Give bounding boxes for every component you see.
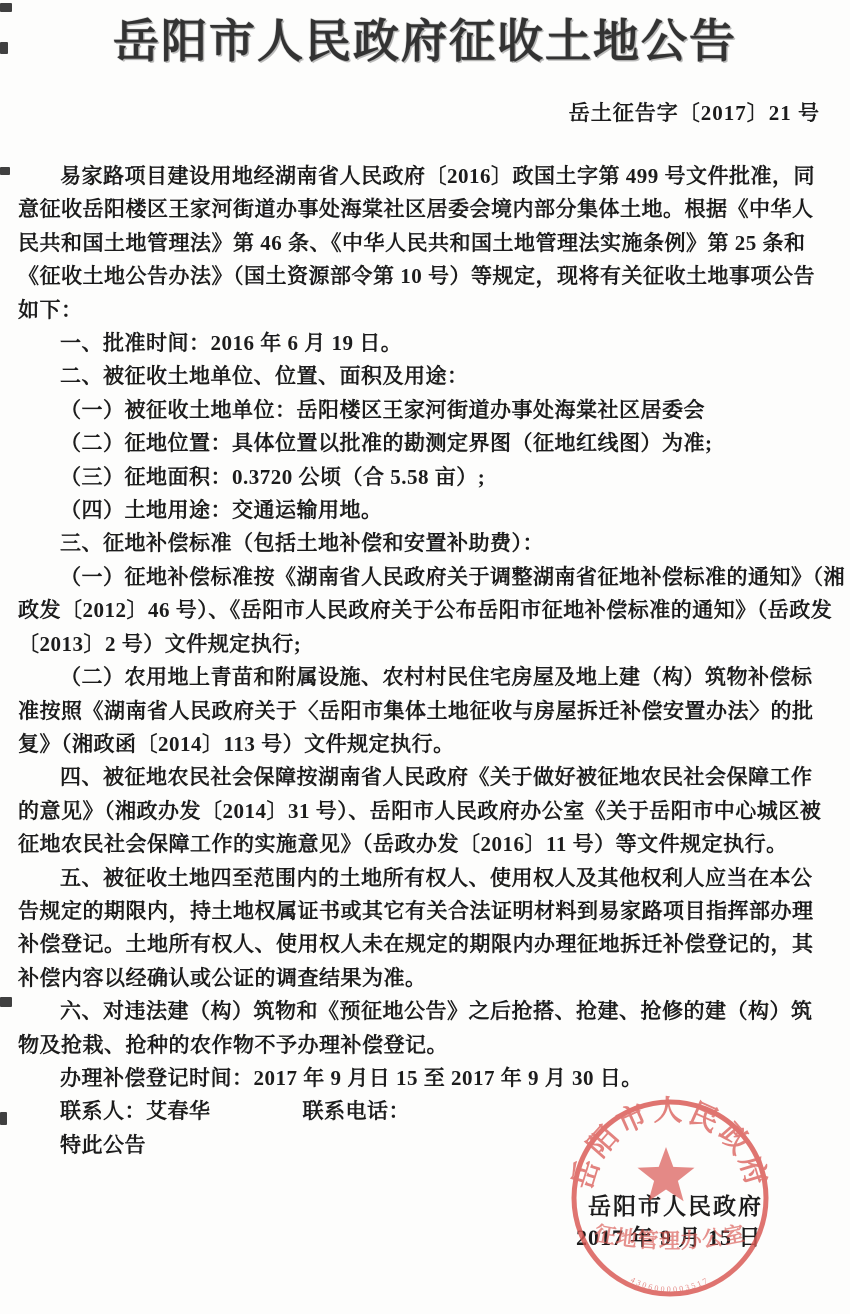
body-line: （四）土地用途：交通运输用地。	[18, 494, 836, 527]
document-body: 易家路项目建设用地经湖南省人民政府〔2016〕政国土字第 499 号文件批准，同…	[18, 160, 836, 1162]
body-line: 征地农民社会保障工作的实施意见》（岳政办发〔2016〕11 号）等文件规定执行。	[18, 828, 836, 861]
body-line: （一）征地补偿标准按《湖南省人民政府关于调整湖南省征地补偿标准的通知》（湘	[18, 561, 836, 594]
body-line: （二）征地位置：具体位置以批准的勘测定界图（征地红线图）为准;	[18, 427, 836, 460]
body-line: （一）被征收土地单位：岳阳楼区王家河街道办事处海棠社区居委会	[18, 394, 836, 427]
seal-star-icon	[638, 1147, 695, 1201]
body-line: 三、征地补偿标准（包括土地补偿和安置补助费）：	[18, 527, 836, 560]
body-line: 〔2013〕2 号）文件规定执行;	[18, 628, 836, 661]
seal-office-text: 征地管理办公室	[593, 1221, 748, 1253]
document-title: 岳阳市人民政府征收土地公告	[0, 5, 850, 71]
body-line: 《征收土地公告办法》（国土资源部令第 10 号）等规定，现将有关征收土地事项公告	[18, 260, 836, 293]
body-line: 二、被征收土地单位、位置、面积及用途：	[18, 360, 836, 393]
body-line: 六、对违法建（构）筑物和《预征地公告》之后抢搭、抢建、抢修的建（构）筑	[18, 995, 836, 1028]
body-line: 民共和国土地管理法》第 46 条、《中华人民共和国土地管理法实施条例》第 25 …	[18, 227, 836, 260]
body-line: 一、批准时间：2016 年 6 月 19 日。	[18, 327, 836, 360]
scan-artifact	[0, 997, 12, 1007]
contact-person: 联系人：艾春华	[60, 1099, 211, 1123]
body-line: 政发〔2012〕46 号）、《岳阳市人民政府关于公布岳阳市征地补偿标准的通知》（…	[18, 594, 836, 627]
body-line: 四、被征地农民社会保障按湖南省人民政府《关于做好被征地农民社会保障工作	[18, 761, 836, 794]
scan-artifact	[0, 1112, 7, 1125]
body-line: 补偿登记。土地所有权人、使用权人未在规定的期限内办理征地拆迁补偿登记的，其	[18, 928, 836, 961]
scan-artifact	[0, 3, 12, 12]
body-line: 补偿内容以经确认或公证的调查结果为准。	[18, 962, 836, 995]
body-line: 五、被征收土地四至范围内的土地所有权人、使用权人及其他权利人应当在本公	[18, 862, 836, 895]
svg-text:征地管理办公室: 征地管理办公室	[593, 1221, 748, 1253]
scan-artifact	[0, 42, 8, 54]
body-line: 如下：	[18, 294, 836, 327]
document-page: 岳阳市人民政府征收土地公告 岳土征告字〔2017〕21 号 易家路项目建设用地经…	[0, 0, 850, 1314]
body-line: 准按照《湖南省人民政府关于〈岳阳市集体土地征收与房屋拆迁补偿安置办法〉的批	[18, 695, 836, 728]
body-line: （二）农用地上青苗和附属设施、农村村民住宅房屋及地上建（构）筑物补偿标	[18, 661, 836, 694]
body-line: （三）征地面积：0.3720 公顷（合 5.58 亩）;	[18, 461, 836, 494]
contact-phone-label: 联系电话：	[303, 1099, 411, 1123]
body-line: 易家路项目建设用地经湖南省人民政府〔2016〕政国土字第 499 号文件批准，同	[18, 160, 836, 193]
body-line: 物及抢栽、抢种的农作物不予办理补偿登记。	[18, 1029, 836, 1062]
body-line: 意征收岳阳楼区王家河街道办事处海棠社区居委会境内部分集体土地。根据《中华人	[18, 193, 836, 226]
body-line: 的意见》（湘政办发〔2014〕31 号）、岳阳市人民政府办公室《关于岳阳市中心城…	[18, 795, 836, 828]
official-seal-stamp: 岳阳市人民政府 征地管理办公室 4306000003517	[565, 1090, 775, 1305]
body-line: 告规定的期限内，持土地权属证书或其它有关合法证明材料到易家路项目指挥部办理	[18, 895, 836, 928]
document-number: 岳土征告字〔2017〕21 号	[569, 97, 820, 127]
body-line: 复》（湘政函〔2014〕113 号）文件规定执行。	[18, 728, 836, 761]
scan-artifact	[0, 167, 10, 175]
